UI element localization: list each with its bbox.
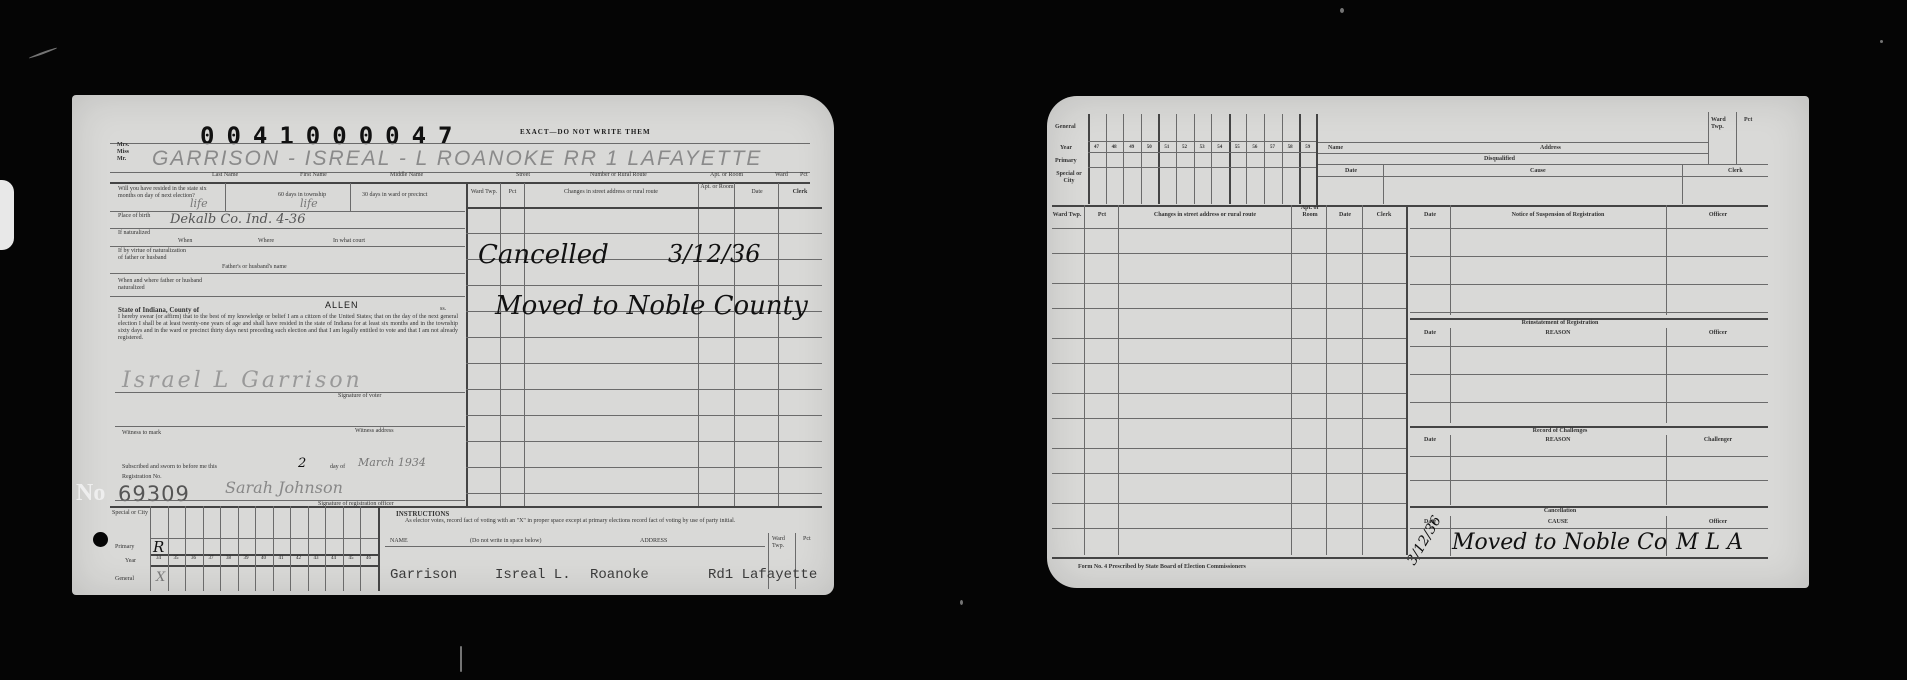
rule (385, 546, 765, 547)
rule (1052, 448, 1406, 449)
row-label-special: Special or City (112, 510, 148, 517)
cancellation-col-cause: CAUSE (1452, 519, 1664, 526)
rule (1264, 114, 1265, 204)
rule (168, 506, 169, 591)
rule (1450, 205, 1451, 315)
front-year-cell: 40 (256, 556, 271, 561)
registration-number: 69309 (118, 482, 190, 506)
rule (1052, 503, 1406, 504)
punch-hole (93, 532, 108, 547)
rule (1410, 374, 1768, 375)
back-year-cell: 49 (1124, 144, 1139, 151)
back-label-disqualified: Disqualified (1484, 156, 1515, 163)
front-year-cell: 38 (221, 556, 236, 561)
back-col-clerk: Clerk (1364, 212, 1404, 219)
back-year-cell: 51 (1159, 144, 1174, 151)
rule (360, 506, 361, 591)
rule (1318, 164, 1768, 165)
suspension-col-date: Date (1410, 212, 1450, 219)
rule (524, 183, 525, 506)
cancelled-date: 3/12/36 (668, 240, 761, 268)
back-year-cell: 48 (1107, 144, 1122, 151)
rule (150, 506, 151, 591)
rule (1246, 114, 1247, 204)
value-township: life (300, 197, 318, 210)
rule (466, 415, 822, 416)
rule (1211, 114, 1212, 204)
rule (1052, 308, 1406, 309)
rule (500, 183, 501, 506)
voter-name-handwritten: GARRISON - ISREAL - L ROANOKE RR 1 LAFAY… (152, 147, 762, 171)
typed-last-name: Garrison (390, 567, 457, 583)
rule (1052, 557, 1768, 559)
back-row-special: Special or City (1055, 171, 1083, 185)
rule (1052, 473, 1406, 474)
rule (273, 506, 274, 591)
rule (110, 273, 465, 274)
rule (290, 506, 291, 591)
back-col-pct: Pct (1087, 212, 1117, 219)
film-speck (960, 600, 963, 605)
label-father-naturalized: When and where father or husband natural… (118, 278, 218, 292)
serial-note: EXACT—DO NOT WRITE THEM (520, 128, 651, 136)
front-year-cell: 41 (274, 556, 289, 561)
rule (466, 233, 822, 234)
rule (1123, 114, 1124, 204)
rule (1708, 112, 1709, 164)
oath-county: ALLEN (325, 300, 359, 310)
front-year-cell: 45 (344, 556, 359, 561)
col-pct: Pct (501, 189, 524, 196)
cancellation-heading: Cancellation (1410, 508, 1710, 515)
challenges-heading: Record of Challenges (1410, 428, 1710, 435)
label-middle-name: Middle Name (390, 172, 423, 179)
rule (1666, 328, 1667, 423)
general-vote-mark: X (156, 570, 165, 585)
suspension-col-notice: Notice of Suspension of Registration (1452, 212, 1664, 219)
rule (115, 392, 465, 393)
back-year-cell: 59 (1300, 144, 1315, 151)
label-court: In what court (333, 238, 365, 245)
rule (466, 467, 822, 468)
registrar-signature: Sarah Johnson (225, 478, 343, 497)
back-col-apt: Apt. or Room (1293, 205, 1327, 219)
back-year-cell: 58 (1283, 144, 1298, 151)
back-row-year: Year (1060, 145, 1072, 152)
rule (203, 506, 204, 591)
rule (1052, 283, 1406, 284)
label-witness-mark: Witness to mark (122, 430, 161, 437)
label-street: Street (516, 172, 530, 179)
rule (1410, 480, 1768, 481)
rule (1299, 114, 1301, 204)
rule (1410, 528, 1768, 529)
challenges-col-reason: REASON (1452, 437, 1664, 444)
back-col-ward: Ward Twp. (1052, 212, 1082, 219)
back-year-cell: 54 (1212, 144, 1227, 151)
rule (220, 506, 221, 591)
label-name: NAME (390, 538, 408, 545)
row-label-general: General (115, 576, 134, 583)
front-year-cell: 34 (151, 556, 166, 561)
rule (110, 296, 465, 297)
rule (466, 183, 468, 506)
label-last-name: Last Name (212, 172, 238, 179)
rule (734, 183, 735, 506)
col-clerk: Clerk (780, 189, 820, 196)
reinstatement-col-officer: Officer (1668, 330, 1768, 337)
moved-note: Moved to Noble County (495, 291, 808, 321)
back-label-ward: Ward Twp. (1711, 117, 1733, 131)
col-ward: Ward Twp. (468, 189, 500, 196)
number-mark: No (76, 480, 105, 507)
back-year-cell: 57 (1265, 144, 1280, 151)
rule (1052, 205, 1768, 207)
back-label-address: Address (1540, 145, 1561, 152)
rule (1229, 114, 1231, 204)
front-year-cell: 42 (291, 556, 306, 561)
rule (1282, 114, 1283, 204)
rule (1088, 114, 1090, 204)
rule (1052, 253, 1406, 254)
rule (225, 183, 226, 211)
rule (1052, 528, 1406, 529)
rule (778, 183, 779, 506)
primary-party-mark: R (153, 538, 164, 556)
reinstatement-col-reason: REASON (1452, 330, 1664, 337)
rule (238, 506, 239, 591)
rule (1052, 363, 1406, 364)
rule (1410, 402, 1768, 403)
rule (255, 506, 256, 591)
col-date: Date (736, 189, 778, 196)
row-label-year: Year (125, 558, 136, 565)
back-row-general: General (1055, 124, 1076, 131)
rule (1158, 114, 1160, 204)
rule (1410, 312, 1768, 313)
rule (1682, 164, 1683, 204)
front-year-cell: 36 (186, 556, 201, 561)
rule (1410, 346, 1768, 347)
value-subscribed-month: March 1934 (358, 456, 426, 469)
back-year-cell: 50 (1142, 144, 1157, 151)
instructions-text: As elector votes, record fact of voting … (405, 518, 805, 525)
back-year-cell: 47 (1089, 144, 1104, 151)
row-label-primary: Primary (115, 544, 134, 551)
label-do-not-write: (Do not write in space below) (470, 538, 541, 545)
rule (343, 506, 344, 591)
back-year-cell: 56 (1247, 144, 1262, 151)
label-if-naturalized: If naturalized (118, 230, 150, 237)
rule (1410, 284, 1768, 285)
voter-signature: Israel L Garrison (122, 368, 363, 393)
label-subscribed: Subscribed and sworn to before me this (122, 464, 217, 471)
rule (1383, 164, 1384, 204)
rule (1052, 418, 1406, 419)
rule (1194, 114, 1195, 204)
rule (1052, 393, 1406, 394)
rule (350, 183, 351, 211)
rule (325, 506, 326, 591)
rule (1318, 153, 1708, 154)
rule (466, 207, 822, 209)
label-first-name: First Name (300, 172, 327, 179)
film-scratch (29, 47, 58, 59)
instructions-heading: INSTRUCTIONS (396, 510, 449, 518)
rule (1318, 176, 1768, 177)
adjacent-card-edge (0, 180, 14, 250)
rule (1318, 142, 1708, 143)
rule (185, 506, 186, 591)
film-speck (1880, 40, 1883, 43)
label-witness-address: Witness address (355, 428, 394, 435)
rule (110, 143, 810, 144)
form-footer: Form No. 4 Prescribed by State Board of … (1078, 564, 1246, 571)
rule (466, 337, 822, 338)
back-label-pct: Pct (1744, 117, 1752, 124)
label-ward: Ward (775, 172, 788, 179)
rule (466, 389, 822, 390)
rule (115, 500, 465, 501)
label-registration-no: Registration No. (122, 474, 162, 481)
label-ward-days: 30 days in ward or precinct (362, 192, 442, 199)
front-year-cell: 39 (239, 556, 254, 561)
label-when: When (178, 238, 192, 245)
label-pct: Pct (800, 172, 808, 179)
rule (110, 506, 822, 508)
rule (1316, 114, 1318, 206)
film-speck (1340, 8, 1344, 13)
rule (1052, 338, 1406, 339)
challenges-col-challenger: Challenger (1668, 437, 1768, 444)
front-year-cell: 44 (326, 556, 341, 561)
rule (698, 183, 699, 506)
rule (1141, 114, 1142, 204)
value-resided-state: life (190, 197, 208, 210)
label-ward-twp: Ward Twp. (772, 536, 792, 550)
film-scratch (460, 646, 462, 672)
serial-number: 0041000047 (200, 122, 465, 150)
rule (110, 228, 465, 229)
oath-text: I hereby swear (or affirm) that to the b… (118, 314, 458, 342)
rule (115, 426, 465, 427)
rule (1666, 205, 1667, 315)
col-apt: Apt. or Room (700, 184, 734, 191)
back-label-clerk: Clerk (1728, 168, 1743, 175)
rule (1450, 435, 1451, 505)
reinstatement-heading: Reinstatement of Registration (1410, 320, 1710, 327)
label-number-route: Number or Rural Route (590, 172, 647, 179)
salutation-options: Mrs.MissMr. (117, 142, 137, 163)
back-label-cause: Cause (1530, 168, 1546, 175)
rule (1106, 114, 1107, 204)
label-where: Where (258, 238, 274, 245)
front-year-cell: 43 (309, 556, 324, 561)
label-place-of-birth: Place of birth (118, 213, 153, 220)
back-year-cell: 55 (1230, 144, 1245, 151)
oath-ss: ss. (440, 306, 446, 313)
back-col-changes: Changes in street address or rural route (1120, 212, 1290, 219)
rule (1088, 141, 1318, 142)
oath-heading: State of Indiana, County of (118, 306, 199, 314)
rule (1052, 228, 1406, 229)
cancellation-col-officer: Officer (1668, 519, 1768, 526)
rule (378, 506, 380, 591)
rule (1666, 435, 1667, 505)
rule (1088, 167, 1318, 168)
rule (110, 246, 465, 247)
label-naturalization-father: If by virtue of naturalization of father… (118, 248, 188, 262)
value-subscribed-day: 2 (298, 456, 306, 471)
typed-street: Roanoke (590, 567, 649, 583)
label-address: ADDRESS (640, 538, 667, 545)
label-apt: Apt. or Room (710, 172, 743, 179)
challenges-col-date: Date (1410, 437, 1450, 444)
cancelled-note: Cancelled (478, 240, 609, 270)
rule (308, 506, 309, 591)
label-day-of: day of (330, 464, 345, 471)
front-year-cell: 35 (169, 556, 184, 561)
label-signature-voter: Signature of voter (338, 393, 381, 400)
rule (1176, 114, 1177, 204)
rule (466, 441, 822, 442)
typed-first-name: Isreal L. (495, 567, 571, 583)
back-year-cell: 52 (1177, 144, 1192, 151)
back-row-primary: Primary (1055, 158, 1077, 165)
typed-route: Rd1 Lafayette (708, 567, 817, 583)
rule (1410, 256, 1768, 257)
rule (1410, 228, 1768, 229)
label-pct-bottom: Pct (803, 536, 811, 543)
reinstatement-col-date: Date (1410, 330, 1450, 337)
label-fathers-name: Father's or husband's name (222, 264, 287, 271)
suspension-col-officer: Officer (1668, 212, 1768, 219)
rule (1450, 516, 1451, 556)
front-year-cell: 37 (204, 556, 219, 561)
rule (1736, 112, 1737, 164)
back-label-date: Date (1345, 168, 1357, 175)
back-label-name: Name (1328, 145, 1343, 152)
back-year-cell: 53 (1195, 144, 1210, 151)
rule (1406, 205, 1408, 555)
rule (1450, 328, 1451, 423)
value-place-of-birth: Dekalb Co. Ind. 4-36 (170, 212, 305, 227)
back-col-date: Date (1328, 212, 1362, 219)
rule (466, 493, 822, 494)
cancellation-officer: M L A (1676, 530, 1743, 555)
rule (1088, 152, 1318, 153)
rule (466, 363, 822, 364)
front-year-cell: 46 (361, 556, 376, 561)
rule (466, 285, 822, 286)
cancellation-cause: Moved to Noble Co (1452, 530, 1667, 555)
rule (1410, 456, 1768, 457)
col-changes: Changes in street address or rural route (526, 189, 696, 196)
